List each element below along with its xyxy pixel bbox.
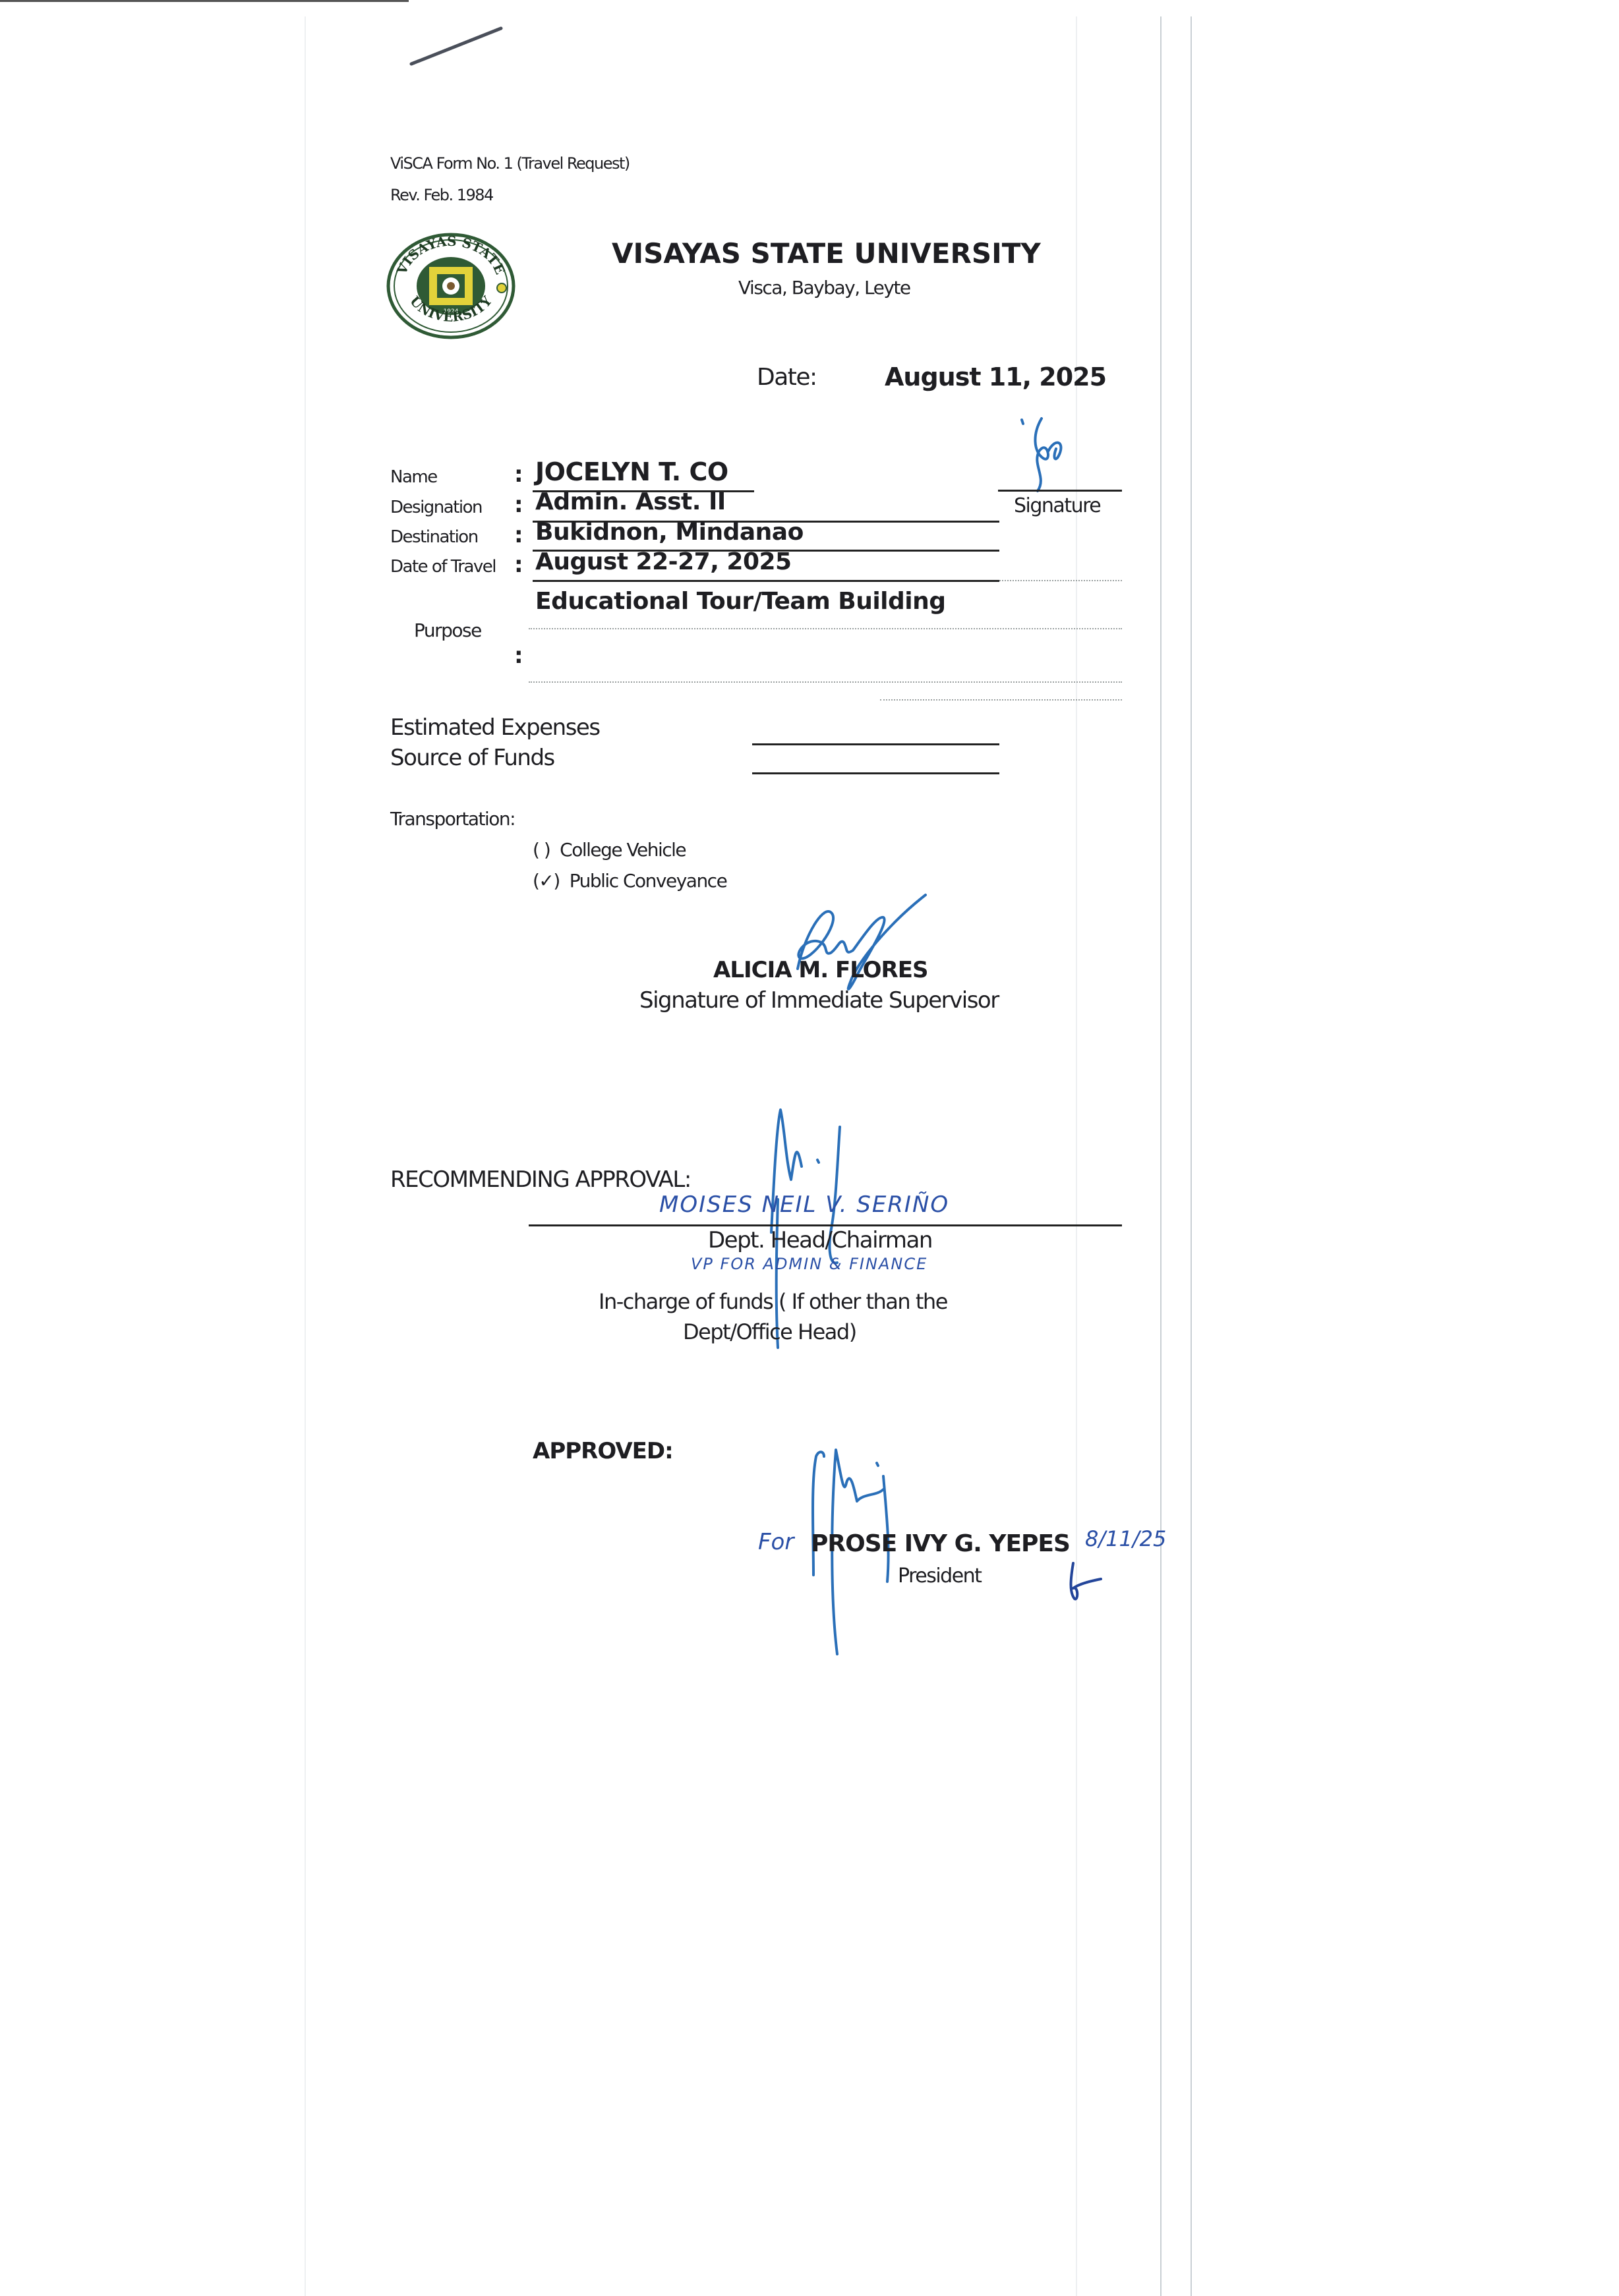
form-number: ViSCA Form No. 1 (Travel Request): [390, 154, 630, 173]
field-value-destination[interactable]: Bukidnon, Mindanao: [535, 519, 804, 546]
option-label: College Vehicle: [560, 839, 686, 861]
estimated-expenses-label: Estimated Expenses: [390, 714, 600, 741]
funds-note-line-2: Dept/Office Head): [683, 1319, 856, 1344]
field-colon: :: [514, 492, 523, 518]
field-colon: :: [514, 522, 523, 548]
recommending-title: Dept. Head/Chairman: [708, 1227, 932, 1253]
scan-line-right-2: [1191, 16, 1192, 2296]
signature-line: [998, 490, 1122, 492]
scan-line-left: [305, 16, 306, 2296]
date-value: August 11, 2025: [885, 362, 1106, 391]
source-of-funds-label: Source of Funds: [390, 745, 554, 771]
president-title: President: [898, 1564, 981, 1588]
transportation-label: Transportation:: [390, 808, 515, 830]
pen-mark: [409, 23, 508, 69]
recommending-signature-line: [529, 1224, 1122, 1226]
date-label: Date:: [757, 364, 817, 391]
date-of-travel-underline: [533, 580, 999, 582]
purpose-line-3: [880, 699, 1122, 701]
funds-note-line-1: In-charge of funds ( If other than the: [599, 1289, 947, 1314]
approved-label: APPROVED:: [533, 1438, 673, 1464]
university-address: Visca, Baybay, Leyte: [738, 277, 910, 299]
estimated-expenses-line: [752, 743, 999, 745]
transport-option-public-conveyance[interactable]: (✓) Public Conveyance: [533, 870, 726, 892]
scan-line-mid: [1076, 16, 1077, 2296]
recommending-handwritten-title: VP FOR ADMIN & FINANCE: [691, 1255, 927, 1273]
transport-option-college-vehicle[interactable]: ( ) College Vehicle: [533, 839, 686, 861]
form-revision: Rev. Feb. 1984: [390, 186, 493, 204]
field-colon: :: [514, 552, 523, 578]
approval-initial: [1061, 1559, 1107, 1605]
field-label-destination: Destination: [390, 527, 478, 547]
field-value-designation[interactable]: Admin. Asst. II: [535, 488, 726, 515]
signature-label: Signature: [1014, 494, 1100, 517]
source-of-funds-line: [752, 772, 999, 774]
option-label: Public Conveyance: [570, 870, 727, 892]
approval-handwritten-date: 8/11/25: [1085, 1526, 1166, 1551]
scan-line-right-1: [1160, 16, 1162, 2296]
checkbox-checked-icon[interactable]: (✓): [533, 870, 560, 892]
scan-top-edge: [0, 0, 409, 2]
for-prefix: For: [758, 1529, 794, 1555]
applicant-signature: [1009, 412, 1088, 498]
field-colon: :: [514, 461, 523, 488]
university-seal-icon: 1924 VISAYAS STATE UNIVERSITY: [386, 233, 516, 339]
purpose-value[interactable]: Educational Tour/Team Building: [535, 588, 946, 615]
field-value-date-of-travel[interactable]: August 22-27, 2025: [535, 548, 792, 575]
supervisor-name: ALICIA M. FLORES: [713, 957, 927, 983]
purpose-colon: :: [514, 643, 523, 669]
recommending-label: RECOMMENDING APPROVAL:: [390, 1166, 691, 1193]
purpose-label: Purpose: [414, 619, 481, 641]
purpose-line-1: [529, 628, 1122, 629]
date-of-travel-dotted-extension: [999, 580, 1122, 581]
supervisor-signature: [784, 890, 929, 1002]
field-value-name[interactable]: JOCELYN T. CO: [535, 457, 728, 486]
field-label-date-of-travel: Date of Travel: [390, 557, 496, 577]
supervisor-title: Signature of Immediate Supervisor: [639, 987, 999, 1014]
purpose-line-2: [529, 681, 1122, 683]
university-name: VISAYAS STATE UNIVERSITY: [612, 237, 1041, 270]
president-name: PROSE IVY G. YEPES: [811, 1530, 1070, 1557]
checkbox-unchecked-icon[interactable]: ( ): [533, 839, 550, 861]
field-label-designation: Designation: [390, 498, 482, 517]
recommending-handwritten-name: MOISES NEIL V. SERIÑO: [659, 1191, 949, 1218]
field-label-name: Name: [390, 467, 437, 487]
